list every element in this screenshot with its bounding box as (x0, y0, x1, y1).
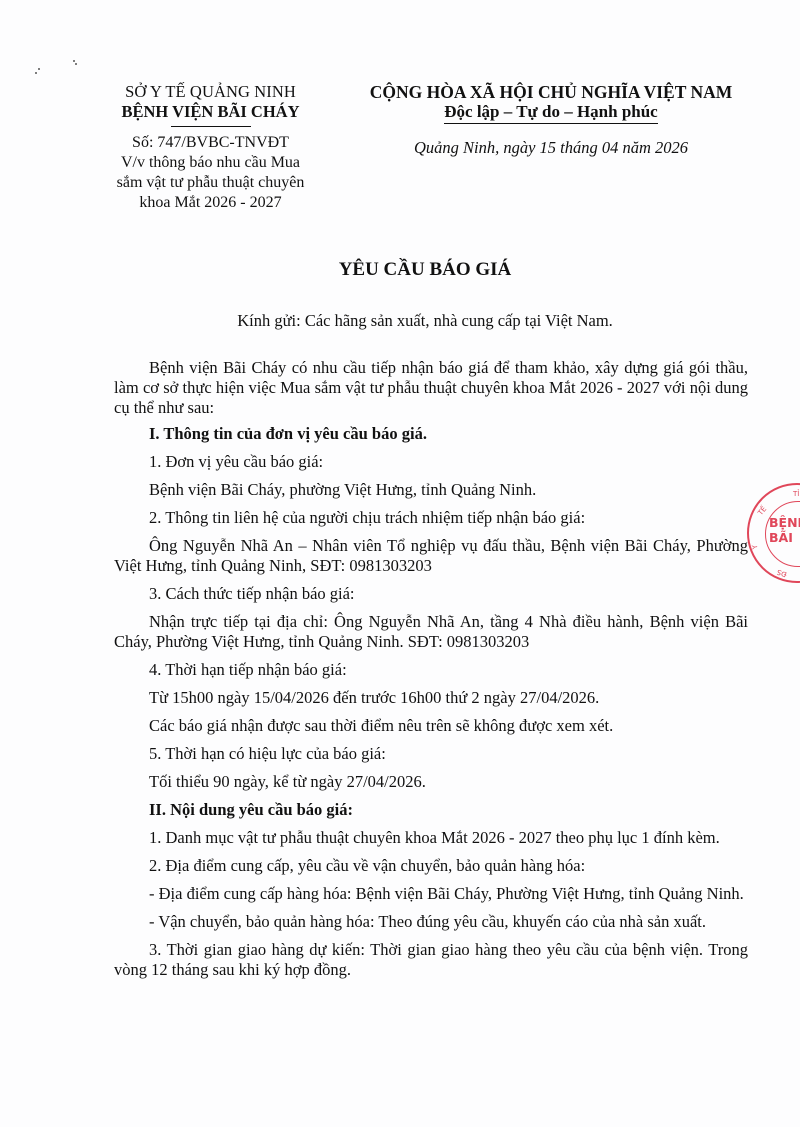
subject-line: sắm vật tư phẫu thuật chuyên (108, 173, 313, 193)
document-number: Số: 747/BVBC-TNVĐT (108, 133, 313, 153)
section-2-item-2-label: 2. Địa điểm cung cấp, yêu cầu về vận chu… (114, 856, 748, 876)
seal-ring-text: ĐS (776, 568, 788, 579)
section-1-item-5-value: Tối thiểu 90 ngày, kể từ ngày 27/04/2026… (114, 772, 748, 792)
section-1-item-4-label: 4. Thời hạn tiếp nhận báo giá: (114, 660, 748, 680)
section-1-item-2-label: 2. Thông tin liên hệ của người chịu trác… (114, 508, 748, 528)
national-header-block: CỘNG HÒA XÃ HỘI CHỦ NGHĨA VIỆT NAM Độc l… (352, 82, 750, 158)
scan-artifact (35, 58, 80, 78)
place-and-date: Quảng Ninh, ngày 15 tháng 04 năm 2026 (352, 138, 750, 158)
subject-line: khoa Mắt 2026 - 2027 (108, 193, 313, 213)
section-1-item-1-value: Bệnh viện Bãi Cháy, phường Việt Hưng, tỉ… (114, 480, 748, 500)
national-title: CỘNG HÒA XÃ HỘI CHỦ NGHĨA VIỆT NAM (352, 82, 750, 102)
section-1-item-3-label: 3. Cách thức tiếp nhận báo giá: (114, 584, 748, 604)
section-2-heading: II. Nội dung yêu cầu báo giá: (114, 800, 748, 820)
document-title: YÊU CẦU BÁO GIÁ (25, 258, 800, 282)
recipient-line: Kính gửi: Các hãng sản xuất, nhà cung cấ… (25, 311, 800, 331)
section-1-item-2-value: Ông Nguyễn Nhã An – Nhân viên Tổ nghiệp … (114, 536, 748, 576)
section-2-item-1: 1. Danh mục vật tư phẫu thuật chuyên kho… (114, 828, 748, 848)
seal-text-line: BÃI (769, 530, 800, 545)
subject-line: V/v thông báo nhu cầu Mua (108, 153, 313, 173)
seal-ring-text: TỈ (793, 490, 799, 498)
section-1-heading: I. Thông tin của đơn vị yêu cầu báo giá. (114, 424, 748, 444)
section-1-item-1-label: 1. Đơn vị yêu cầu báo giá: (114, 452, 748, 472)
organization-name: BỆNH VIỆN BÃI CHÁY (108, 102, 313, 122)
section-1-item-5-label: 5. Thời hạn có hiệu lực của báo giá: (114, 744, 748, 764)
issuing-agency-block: SỞ Y TẾ QUẢNG NINH BỆNH VIỆN BÃI CHÁY Số… (108, 82, 313, 213)
section-2-item-2-transport: - Vận chuyển, bảo quản hàng hóa: Theo đú… (114, 912, 748, 932)
section-2-item-2-location: - Địa điểm cung cấp hàng hóa: Bệnh viện … (114, 884, 748, 904)
national-motto: Độc lập – Tự do – Hạnh phúc (444, 102, 657, 124)
organization-underline (171, 126, 251, 127)
seal-text-line: BỆNH (769, 515, 800, 530)
seal-ring-text: Y (751, 544, 760, 550)
section-2-item-3: 3. Thời gian giao hàng dự kiến: Thời gia… (114, 940, 748, 980)
document-page: SỞ Y TẾ QUẢNG NINH BỆNH VIỆN BÃI CHÁY Số… (0, 0, 800, 1127)
official-seal-stamp: TỈ TẾ Y ĐS BỆNH BÃI (747, 483, 800, 583)
section-1-item-3-value: Nhận trực tiếp tại địa chỉ: Ông Nguyễn N… (114, 612, 748, 652)
parent-organization: SỞ Y TẾ QUẢNG NINH (108, 82, 313, 102)
document-subject: V/v thông báo nhu cầu Mua sắm vật tư phẫ… (108, 153, 313, 213)
section-1-item-4-value: Từ 15h00 ngày 15/04/2026 đến trước 16h00… (114, 688, 748, 708)
intro-paragraph: Bệnh viện Bãi Cháy có nhu cầu tiếp nhận … (114, 358, 748, 418)
seal-ring-text: TẾ (756, 505, 768, 517)
document-body: Bệnh viện Bãi Cháy có nhu cầu tiếp nhận … (114, 358, 748, 988)
seal-center-text: BỆNH BÃI (769, 515, 800, 545)
section-1-item-4-note: Các báo giá nhận được sau thời điểm nêu … (114, 716, 748, 736)
